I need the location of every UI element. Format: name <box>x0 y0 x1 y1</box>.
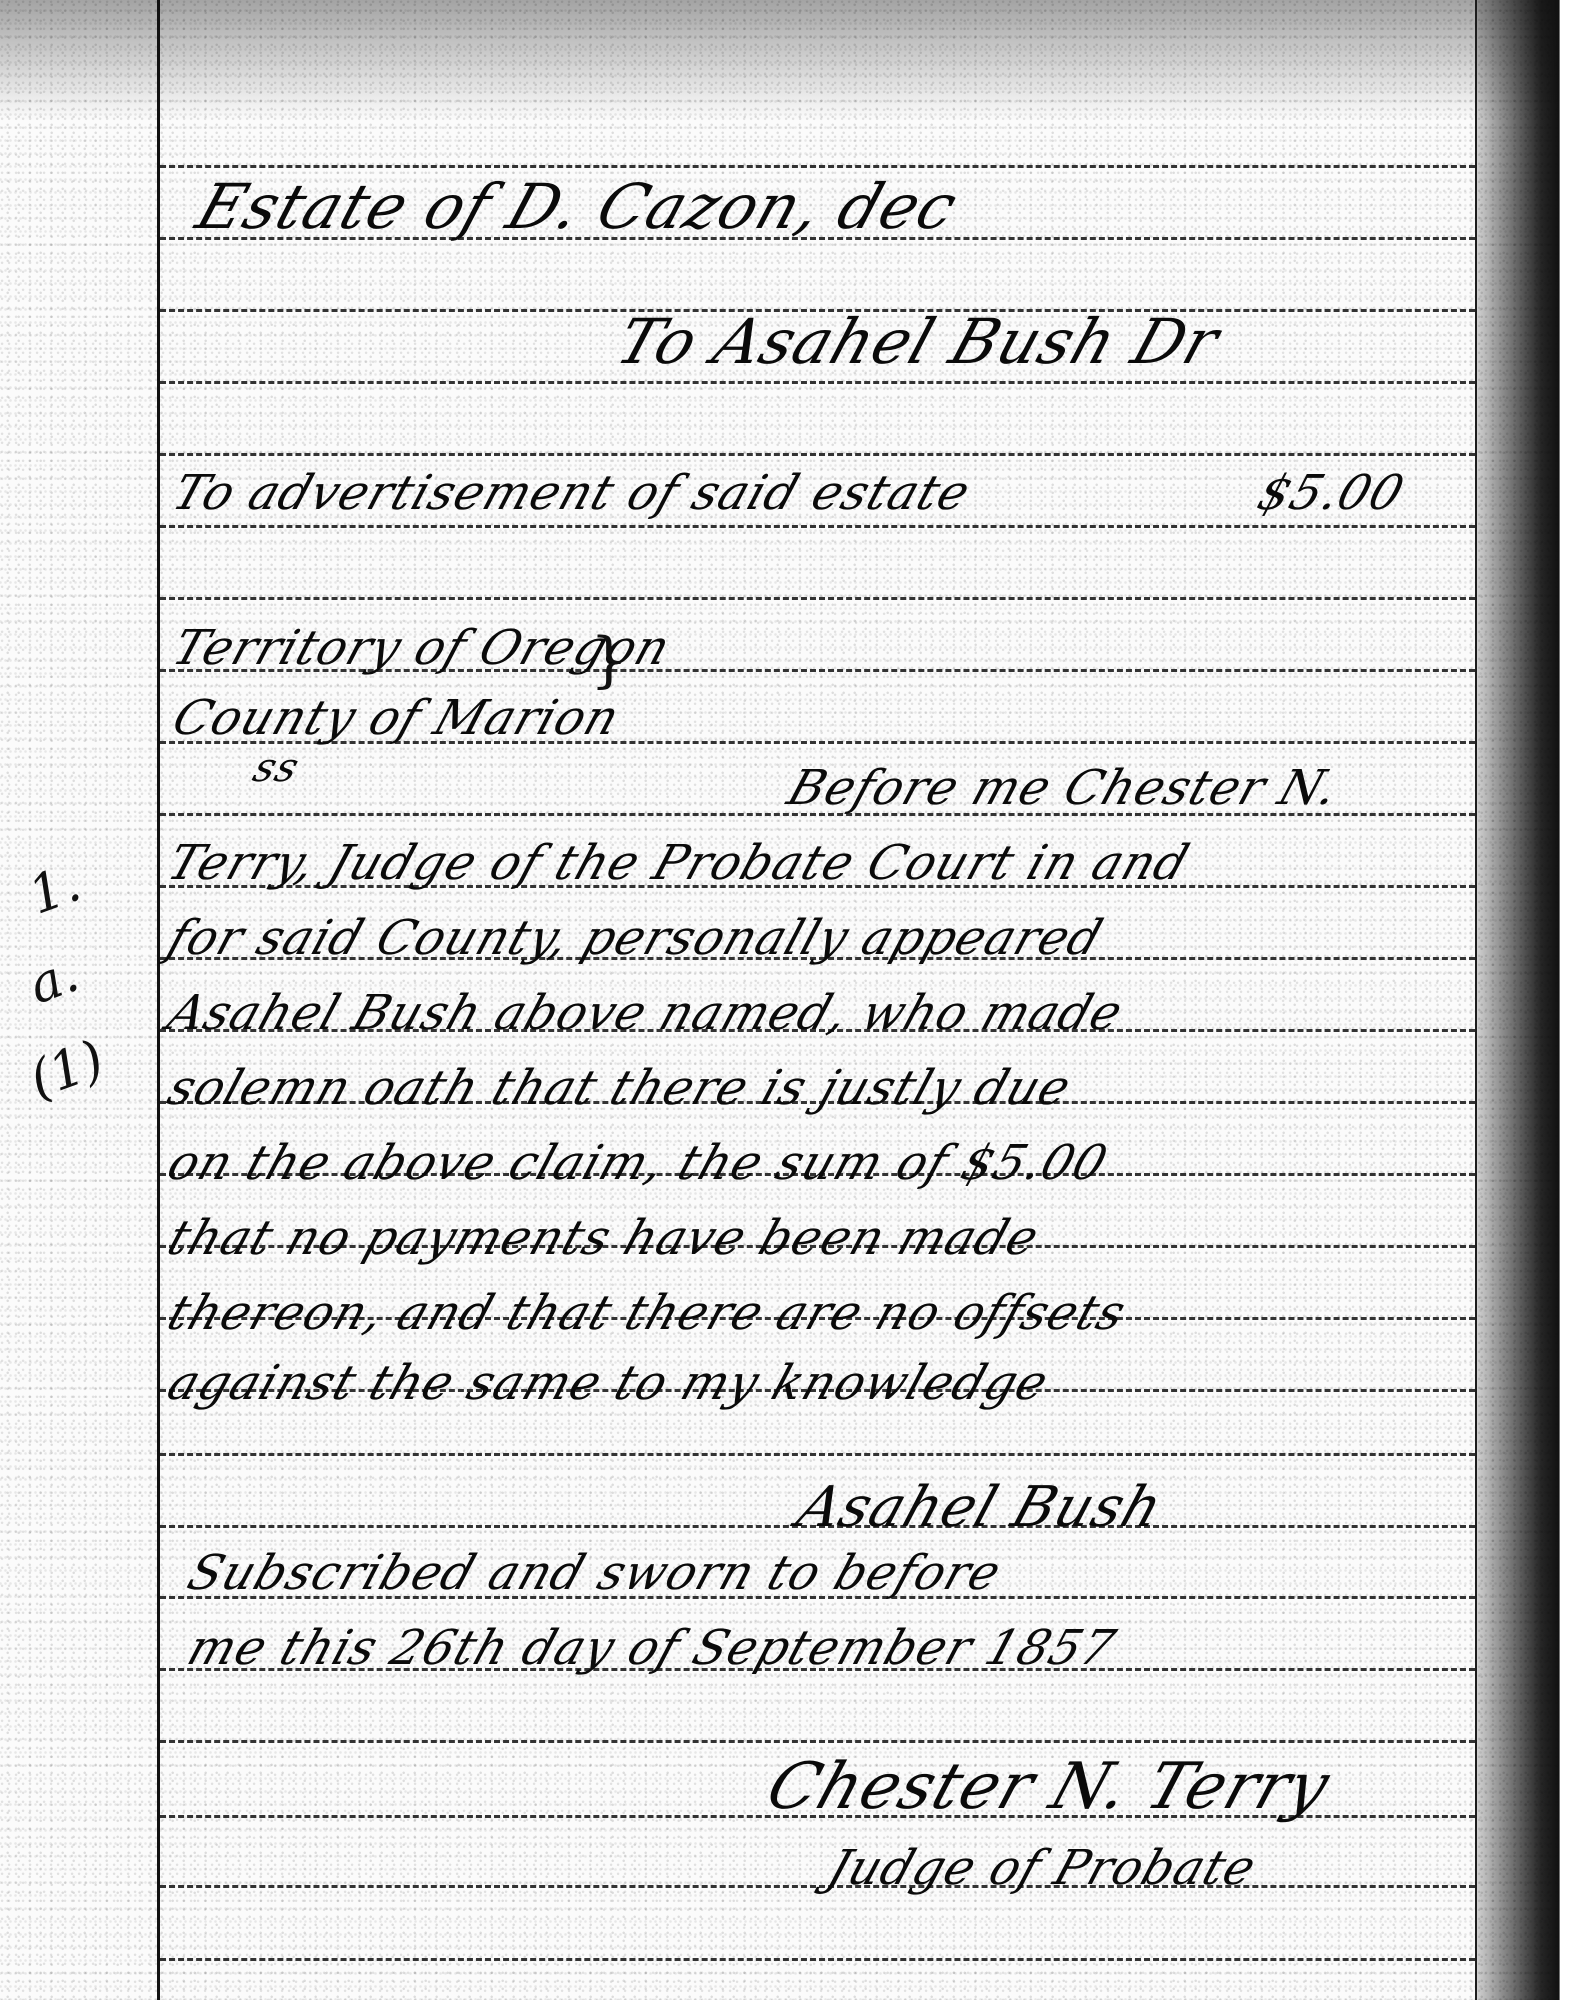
affidavit-line: that no payments have been made <box>161 1210 1046 1266</box>
ruled-line <box>160 165 1475 168</box>
scan-shadow-top <box>0 0 1595 120</box>
ruled-line <box>160 1453 1475 1456</box>
judge-signature: Chester N. Terry <box>758 1750 1339 1824</box>
torn-right-edge <box>1475 0 1595 2000</box>
ruled-line <box>160 597 1475 600</box>
ruled-line <box>160 381 1475 384</box>
estate-heading: Estate of D. Cazon, dec <box>188 170 967 243</box>
jurat-line: me this 26th day of September 1857 <box>181 1620 1123 1676</box>
affidavit-line: on the above claim, the sum of $5.00 <box>161 1135 1115 1191</box>
margin-annotation: a. <box>21 944 86 1017</box>
venue-brace: } <box>590 625 628 695</box>
affidavit-line: Asahel Bush above named, who made <box>161 985 1130 1041</box>
left-margin-rule <box>157 0 160 2000</box>
document-page: Estate of D. Cazon, dec To Asahel Bush D… <box>0 0 1595 2000</box>
judge-title: Judge of Probate <box>821 1840 1264 1896</box>
ruled-line <box>160 525 1475 528</box>
affidavit-line: Before me Chester N. <box>781 760 1346 816</box>
affidavit-line: Terry, Judge of the Probate Court in and <box>161 835 1196 891</box>
claim-amount: $5.00 <box>1251 465 1412 521</box>
ruled-line <box>160 1885 1475 1888</box>
affidavit-line: for said County, personally appeared <box>161 910 1110 966</box>
margin-annotation: (1) <box>22 1029 112 1111</box>
margin-annotation: 1. <box>21 853 88 926</box>
venue-ss: ss <box>248 745 306 791</box>
affidavit-line: thereon, and that there are no offsets <box>161 1285 1133 1341</box>
creditor-heading: To Asahel Bush Dr <box>608 305 1228 378</box>
ruled-line <box>160 453 1475 456</box>
ruled-line <box>160 1740 1475 1743</box>
claimant-signature: Asahel Bush <box>789 1475 1171 1540</box>
ruled-line <box>160 1958 1475 1961</box>
affidavit-line: solemn oath that there is justly due <box>161 1060 1078 1116</box>
venue-county: County of Marion <box>166 690 627 746</box>
affidavit-line: against the same to my knowledge <box>161 1355 1056 1411</box>
claim-item: To advertisement of said estate <box>166 465 978 521</box>
jurat-line: Subscribed and sworn to before <box>181 1545 1008 1601</box>
